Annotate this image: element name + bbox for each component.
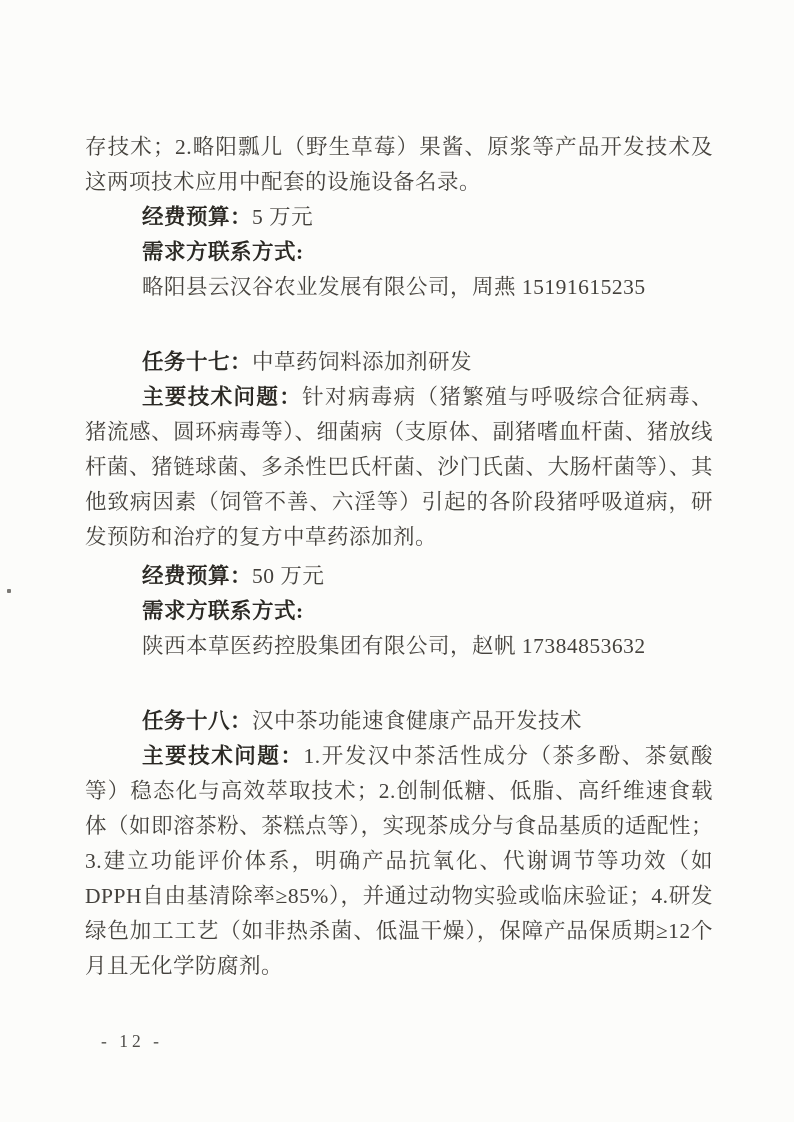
document-page: 存技术；2.略阳瓢儿（野生草莓）果酱、原浆等产品开发技术及这两项技术应用中配套的… <box>0 0 794 1122</box>
task17-budget-value: 50 万元 <box>252 564 324 588</box>
intro-budget-line: 经费预算：5 万元 <box>85 200 713 235</box>
scan-speck <box>7 589 11 593</box>
page-number: - 12 - <box>101 1031 163 1052</box>
task17-contact-value-line: 陕西本草医药控股集团有限公司，赵帆 17384853632 <box>85 629 713 664</box>
intro-paragraph: 存技术；2.略阳瓢儿（野生草莓）果酱、原浆等产品开发技术及这两项技术应用中配套的… <box>85 130 713 200</box>
task18-heading-title: 汉中茶功能速食健康产品开发技术 <box>252 709 582 733</box>
task17-contact-label: 需求方联系方式: <box>142 599 304 623</box>
task17-contact-value: 陕西本草医药控股集团有限公司，赵帆 17384853632 <box>142 634 646 658</box>
task17-budget-label: 经费预算： <box>142 564 252 588</box>
task18-problem-label: 主要技术问题： <box>142 744 304 768</box>
task18-problem-paragraph: 主要技术问题：1.开发汉中茶活性成分（茶多酚、茶氨酸等）稳态化与高效萃取技术；2… <box>85 739 713 984</box>
intro-contact-label-line: 需求方联系方式: <box>85 235 713 270</box>
task17-budget-line: 经费预算：50 万元 <box>85 559 713 594</box>
intro-budget-label: 经费预算： <box>142 205 252 229</box>
intro-contact-value-line: 略阳县云汉谷农业发展有限公司，周燕 15191615235 <box>85 270 713 305</box>
task18-heading-label: 任务十八： <box>142 709 252 733</box>
intro-paragraph-text: 存技术；2.略阳瓢儿（野生草莓）果酱、原浆等产品开发技术及这两项技术应用中配套的… <box>85 135 713 194</box>
task17-problem-text: 针对病毒病（猪繁殖与呼吸综合征病毒、猪流感、圆环病毒等）、细菌病（支原体、副猪嗜… <box>85 385 713 549</box>
task17-heading-label: 任务十七： <box>142 350 252 374</box>
task17-heading: 任务十七：中草药饲料添加剂研发 <box>85 345 713 380</box>
task18-heading: 任务十八：汉中茶功能速食健康产品开发技术 <box>85 704 713 739</box>
task17-problem-paragraph: 主要技术问题：针对病毒病（猪繁殖与呼吸综合征病毒、猪流感、圆环病毒等）、细菌病（… <box>85 380 713 555</box>
task17-heading-title: 中草药饲料添加剂研发 <box>252 350 472 374</box>
task17-contact-label-line: 需求方联系方式: <box>85 594 713 629</box>
task18-problem-text: 1.开发汉中茶活性成分（茶多酚、茶氨酸等）稳态化与高效萃取技术；2.创制低糖、低… <box>85 744 713 978</box>
intro-contact-label: 需求方联系方式: <box>142 240 304 264</box>
intro-budget-value: 5 万元 <box>252 205 313 229</box>
task17-problem-label: 主要技术问题： <box>142 385 302 409</box>
intro-contact-value: 略阳县云汉谷农业发展有限公司，周燕 15191615235 <box>142 275 646 299</box>
page-content: 存技术；2.略阳瓢儿（野生草莓）果酱、原浆等产品开发技术及这两项技术应用中配套的… <box>85 130 713 984</box>
